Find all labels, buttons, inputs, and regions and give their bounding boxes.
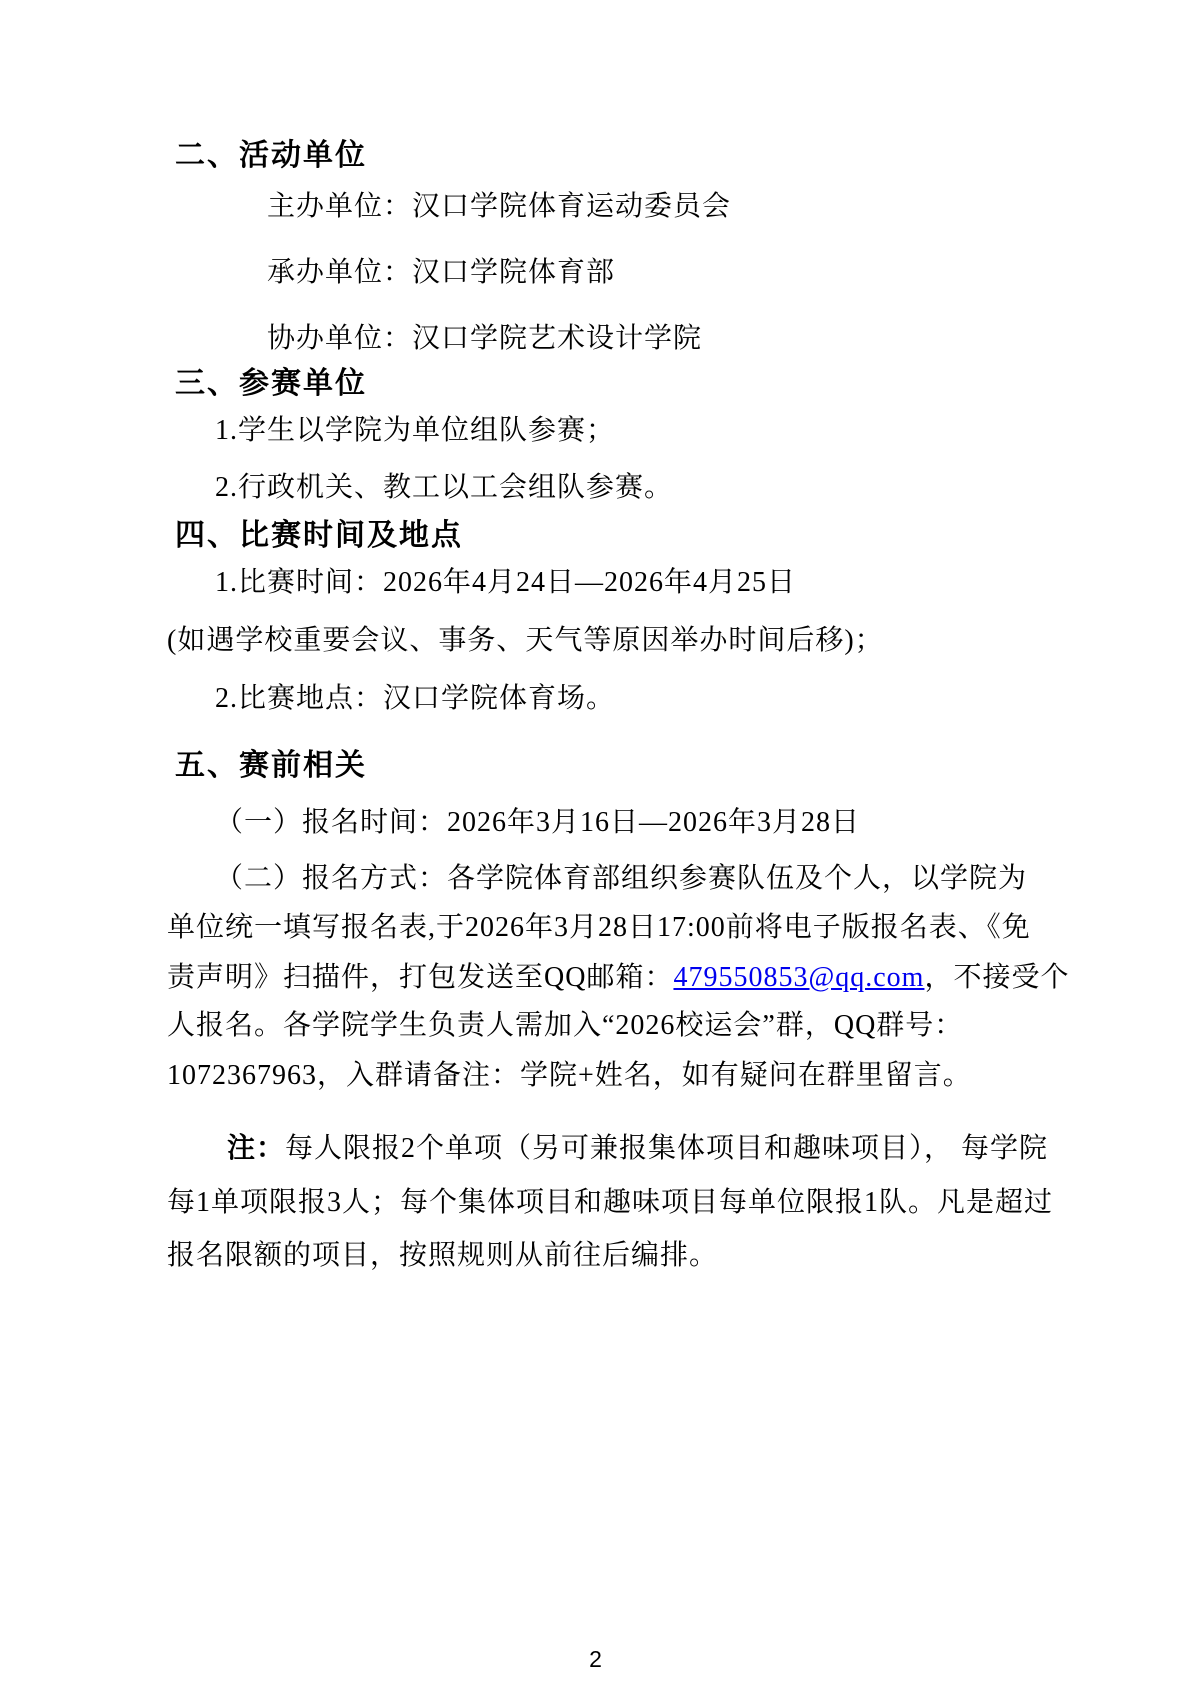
section-3-heading: 三、参赛单位 (175, 364, 1041, 404)
registration-method-line-3: 责声明》扫描件，打包发送至QQ邮箱：479550853@qq.com，不接受个 (167, 958, 1041, 998)
host-unit-line: 主办单位：汉口学院体育运动委员会 (267, 187, 1041, 227)
note-line-2: 每1单项限报3人；每个集体项目和趣味项目每单位限报1队。凡是超过 (167, 1183, 1041, 1223)
note-label: 注： (227, 1133, 285, 1164)
registration-method-line-2: 单位统一填写报名表,于2026年3月28日17:00前将电子版报名表、《免 (167, 908, 1041, 948)
organizer-unit-line: 承办单位：汉口学院体育部 (267, 253, 1041, 293)
registration-method-line-4: 人报名。各学院学生负责人需加入“2026校运会”群，QQ群号： (167, 1006, 1041, 1046)
document-content: 二、活动单位 主办单位：汉口学院体育运动委员会 承办单位：汉口学院体育部 协办单… (0, 0, 1191, 1276)
note-line-1: 注：每人限报2个单项（另可兼报集体项目和趣味项目）， 每学院 (227, 1129, 1041, 1169)
section-4-heading: 四、比赛时间及地点 (175, 516, 1041, 556)
co-organizer-unit-line: 协办单位：汉口学院艺术设计学院 (267, 319, 1041, 359)
competition-place-line: 2.比赛地点：汉口学院体育场。 (215, 679, 1041, 719)
participating-item-1: 1.学生以学院为单位组队参赛； (215, 411, 1041, 451)
method-line-3-prefix: 责声明》扫描件，打包发送至QQ邮箱： (167, 962, 673, 993)
competition-time-line: 1.比赛时间：2026年4月24日—2026年4月25日 (215, 563, 1041, 603)
email-link[interactable]: 479550853@qq.com (673, 962, 924, 993)
section-5-heading: 五、赛前相关 (175, 746, 1041, 786)
participating-item-2: 2.行政机关、教工以工会组队参赛。 (215, 468, 1041, 508)
method-line-3-suffix: ，不接受个 (924, 962, 1069, 993)
document-page: 二、活动单位 主办单位：汉口学院体育运动委员会 承办单位：汉口学院体育部 协办单… (0, 0, 1191, 1684)
note-text-1: 每人限报2个单项（另可兼报集体项目和趣味项目）， 每学院 (285, 1133, 1048, 1164)
competition-time-note-line: (如遇学校重要会议、事务、天气等原因举办时间后移)； (167, 621, 1041, 661)
page-number: 2 (0, 1645, 1191, 1673)
registration-method-line-1: （二）报名方式：各学院体育部组织参赛队伍及个人，以学院为 (215, 859, 1041, 899)
registration-method-line-5: 1072367963，入群请备注：学院+姓名，如有疑问在群里留言。 (167, 1056, 1041, 1096)
section-2-heading: 二、活动单位 (175, 136, 1041, 176)
note-line-3: 报名限额的项目，按照规则从前往后编排。 (167, 1236, 1041, 1276)
registration-time-line: （一）报名时间：2026年3月16日—2026年3月28日 (215, 803, 1041, 843)
